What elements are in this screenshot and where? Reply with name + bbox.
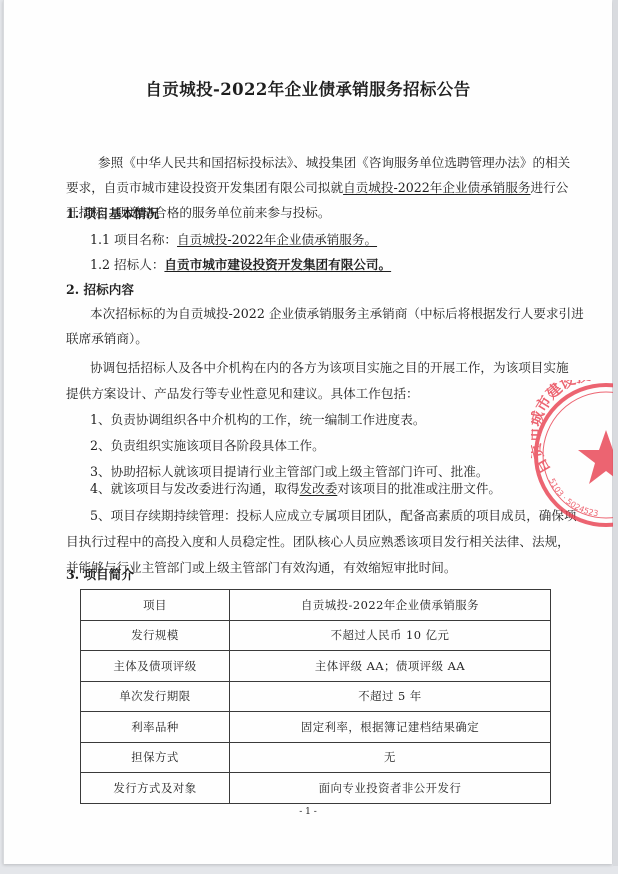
row-value: 主体评级 AA；债项评级 AA <box>230 651 551 682</box>
task-2: 2、负责组织实施该项目各阶段具体工作。 <box>90 433 325 458</box>
row-value: 面向专业投资者非公开发行 <box>230 773 551 804</box>
row-value: 不超过 5 年 <box>230 681 551 712</box>
item-label: 1.2 招标人： <box>90 257 164 272</box>
row-key: 利率品种 <box>81 712 230 743</box>
row-key: 发行规模 <box>81 620 230 651</box>
task-text: 4、就该项目与发改委进行沟通，取得 <box>90 481 300 496</box>
task-1: 1、负责协调组织各中介机构的工作，统一编制工作进度表。 <box>90 407 425 432</box>
section-2-para-2-line-1: 协调包括招标人及各中介机构在内的各方为该项目实施之目的开展工作，为该项目实施 <box>90 355 569 380</box>
table-row: 发行规模不超过人民币 10 亿元 <box>81 620 551 651</box>
section-2-para-1-line-1: 本次招标标的为自贡城投-2022 企业债承销服务主承销商（中标后将根据发行人要求… <box>90 301 584 326</box>
table-row: 主体及债项评级主体评级 AA；债项评级 AA <box>81 651 551 682</box>
task-5-line-2: 目执行过程中的高投入度和人员稳定性。团队核心人员应熟悉该项目发行相关法律、法规， <box>66 529 570 554</box>
row-key: 主体及债项评级 <box>81 651 230 682</box>
row-value: 不超过人民币 10 亿元 <box>230 620 551 651</box>
project-summary-table: 项目自贡城投-2022年企业债承销服务 发行规模不超过人民币 10 亿元 主体及… <box>80 589 551 804</box>
item-label: 1.1 项目名称： <box>90 232 177 247</box>
section-2-heading: 2. 招标内容 <box>66 277 134 302</box>
project-name-underlined: 自贡城投-2022年企业债承销服务 <box>343 180 530 195</box>
section-2-para-2-line-2: 提供方案设计、产品发行等专业性意见和建议。具体工作包括： <box>66 381 419 406</box>
table-row: 担保方式无 <box>81 742 551 773</box>
row-value: 无 <box>230 742 551 773</box>
document-title: 自贡城投-2022年企业债承销服务招标公告 <box>4 76 612 100</box>
intro-text: 要求，自贡市城市建设投资开发集团有限公司拟就 <box>66 180 343 195</box>
row-key: 项目 <box>81 590 230 621</box>
row-value: 自贡城投-2022年企业债承销服务 <box>230 590 551 621</box>
task-4: 4、就该项目与发改委进行沟通，取得发改委对该项目的批准或注册文件。 <box>90 476 501 501</box>
row-key: 发行方式及对象 <box>81 773 230 804</box>
task-text: 对该项目的批准或注册文件。 <box>337 481 501 496</box>
intro-line-2: 要求，自贡市城市建设投资开发集团有限公司拟就自贡城投-2022年企业债承销服务进… <box>66 175 568 200</box>
table-row: 利率品种固定利率，根据簿记建档结果确定 <box>81 712 551 743</box>
official-seal-icon: 自贡市城市建设投 5103 · 5024523 <box>531 380 618 530</box>
task-5-line-1: 5、项目存续期持续管理：投标人应成立专属项目团队，配备高素质的项目成员，确保项 <box>90 503 577 528</box>
page-number: - 1 - <box>4 807 612 817</box>
ndrc-underlined: 发改委 <box>300 481 338 496</box>
item-value: 自贡市城市建设投资开发集团有限公司。 <box>164 257 391 272</box>
svg-text:自贡市城市建设投: 自贡市城市建设投 <box>531 380 592 477</box>
table-row: 项目自贡城投-2022年企业债承销服务 <box>81 590 551 621</box>
section-3-heading: 3. 项目简介 <box>66 562 134 587</box>
section-1-item-1: 1.1 项目名称：自贡城投-2022年企业债承销服务。 <box>90 227 377 252</box>
row-key: 单次发行期限 <box>81 681 230 712</box>
section-1-item-2: 1.2 招标人：自贡市城市建设投资开发集团有限公司。 <box>90 252 391 277</box>
section-2-para-1-line-2: 联席承销商）。 <box>66 326 148 351</box>
item-value: 自贡城投-2022年企业债承销服务。 <box>177 232 377 247</box>
row-key: 担保方式 <box>81 742 230 773</box>
document-page: 自贡城投-2022年企业债承销服务招标公告 参照《中华人民共和国招标投标法》、城… <box>3 0 612 864</box>
table-row: 发行方式及对象面向专业投资者非公开发行 <box>81 773 551 804</box>
intro-text: 进行公 <box>531 180 569 195</box>
svg-text:5103 · 5024523: 5103 · 5024523 <box>547 477 599 518</box>
vertical-scrollbar[interactable] <box>613 0 618 866</box>
section-1-heading: 1. 项目基本情况 <box>66 201 159 226</box>
table-row: 单次发行期限不超过 5 年 <box>81 681 551 712</box>
row-value: 固定利率，根据簿记建档结果确定 <box>230 712 551 743</box>
intro-line-1: 参照《中华人民共和国招标投标法》、城投集团《咨询服务单位选聘管理办法》的相关 <box>98 150 570 175</box>
